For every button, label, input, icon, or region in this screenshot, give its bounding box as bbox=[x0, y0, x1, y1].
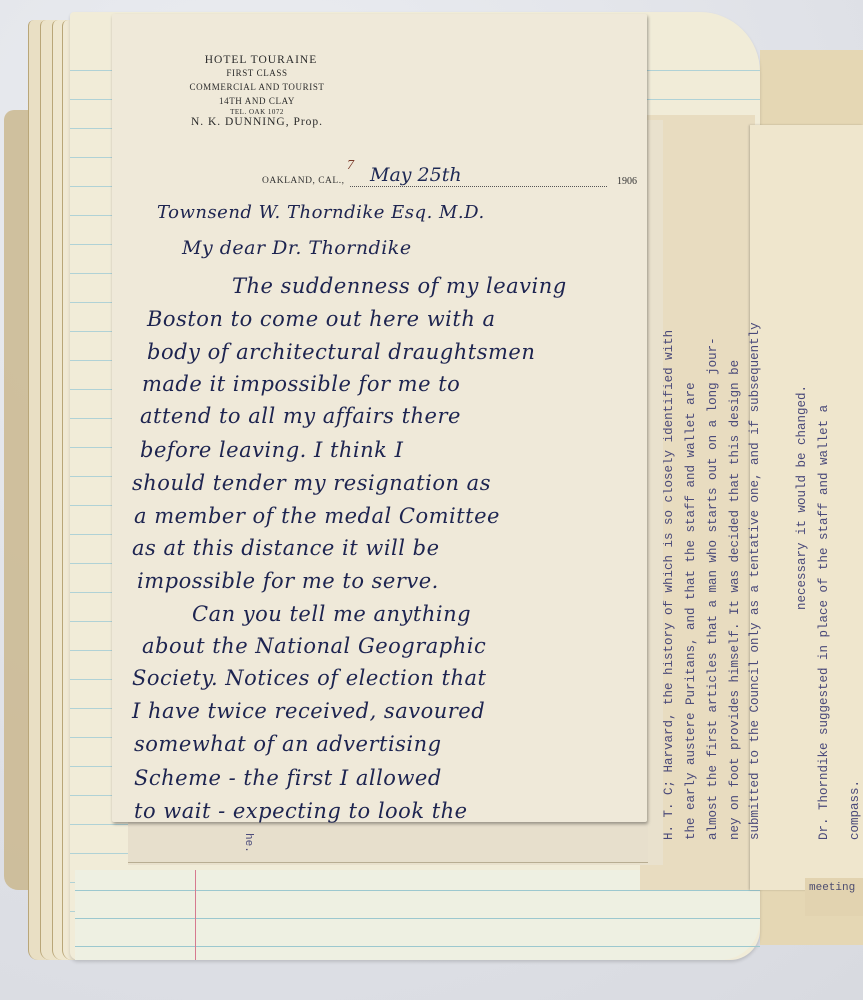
letter-line: made it impossible for me to bbox=[142, 372, 460, 396]
letter-line: Scheme - the first I allowed bbox=[134, 766, 442, 790]
meeting-tab: meeting bbox=[805, 878, 863, 916]
dateline-annotation: 7 bbox=[347, 158, 354, 174]
hotel-letter: HOTEL TOURAINE FIRST CLASS COMMERCIAL AN… bbox=[112, 14, 647, 822]
dateline-year: 1906 bbox=[617, 176, 637, 187]
typed-line: almost the first articles that a man who… bbox=[706, 337, 720, 840]
typed-line: submitted to the Council only as a tenta… bbox=[748, 322, 762, 840]
letter-line: attend to all my affairs there bbox=[140, 404, 461, 428]
dateline-date: May 25th bbox=[370, 164, 462, 186]
typed-line: compass. bbox=[848, 780, 862, 840]
letter-line: Boston to come out here with a bbox=[147, 307, 496, 331]
typed-line: necessary it would be changed. bbox=[795, 385, 809, 610]
typed-line: Dr. Thorndike suggested in place of the … bbox=[817, 405, 831, 840]
hotel-phone: TEL. OAK 1072 bbox=[112, 108, 402, 116]
hotel-name: HOTEL TOURAINE bbox=[120, 54, 402, 66]
hotel-proprietor: N. K. DUNNING, Prop. bbox=[112, 116, 402, 128]
ruled-line bbox=[75, 918, 760, 919]
margin-rule bbox=[195, 870, 196, 960]
letter-line: a member of the medal Comittee bbox=[134, 504, 500, 528]
letter-addressee: Townsend W. Thorndike Esq. M.D. bbox=[157, 202, 485, 223]
letter-line: to wait - expecting to look the bbox=[134, 799, 468, 823]
letter-line: about the National Geographic bbox=[142, 634, 486, 658]
tab-word: meeting bbox=[809, 882, 855, 894]
letter-line: I have twice received, savoured bbox=[132, 699, 485, 723]
letter-salutation: My dear Dr. Thorndike bbox=[182, 237, 412, 259]
dateline-dots bbox=[350, 186, 607, 187]
ruled-line bbox=[75, 946, 760, 947]
typed-line: H. T. C; Harvard, the history of which i… bbox=[662, 330, 676, 840]
letter-line: as at this distance it will be bbox=[132, 536, 440, 560]
letter-line: Society. Notices of election that bbox=[132, 666, 486, 690]
stray-typed-fragment: he. bbox=[242, 833, 254, 853]
letter-line: somewhat of an advertising bbox=[134, 732, 442, 756]
typed-line: ney on foot provides himself. It was dec… bbox=[728, 360, 742, 840]
letter-line: Can you tell me anything bbox=[192, 602, 471, 626]
letter-line: impossible for me to serve. bbox=[137, 569, 439, 593]
letterhead: HOTEL TOURAINE FIRST CLASS COMMERCIAL AN… bbox=[112, 54, 402, 128]
ruled-line bbox=[75, 890, 760, 891]
dateline: OAKLAND, CAL., 7 May 25th 1906 bbox=[262, 172, 637, 192]
hotel-type: COMMERCIAL AND TOURIST bbox=[112, 80, 402, 94]
dateline-city: OAKLAND, CAL., bbox=[262, 176, 344, 186]
hotel-address: 14TH AND CLAY bbox=[112, 94, 402, 108]
letter-line: before leaving. I think I bbox=[140, 438, 403, 462]
typed-line: the early austere Puritans, and that the… bbox=[684, 382, 698, 840]
letter-line: should tender my resignation as bbox=[132, 471, 491, 495]
hotel-class: FIRST CLASS bbox=[112, 66, 402, 80]
letter-line: The suddenness of my leaving bbox=[232, 274, 567, 298]
letter-line: body of architectural draughtsmen bbox=[147, 340, 535, 364]
letter-sheet-edge bbox=[128, 822, 648, 863]
